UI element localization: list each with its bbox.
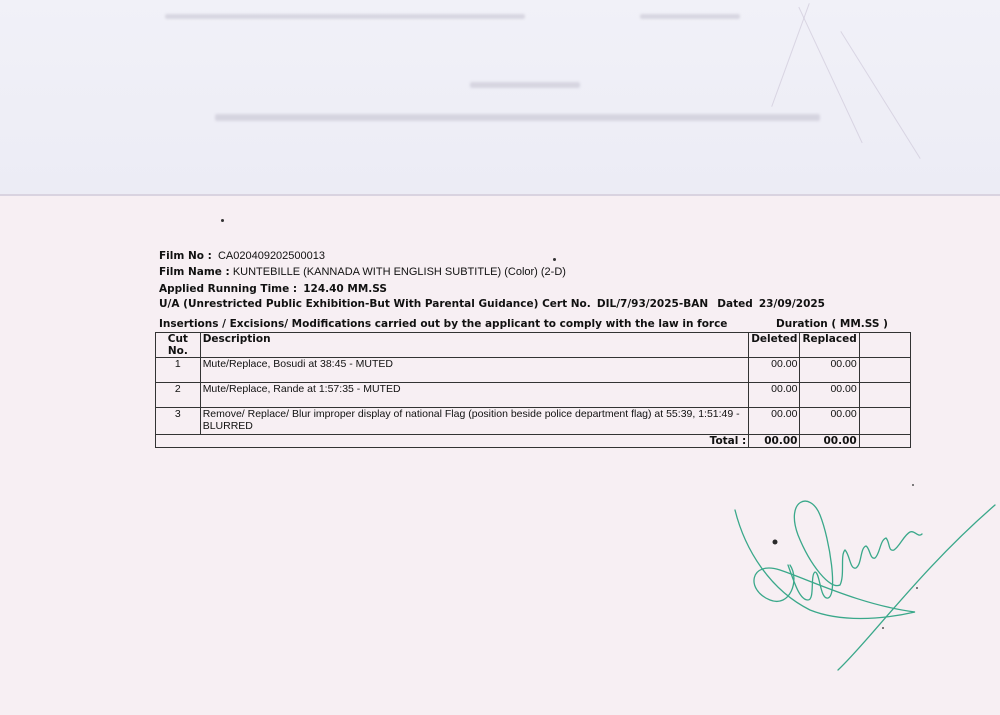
col-description: Description [200, 333, 749, 358]
cut-no: 3 [156, 408, 201, 435]
running-time-line: Applied Running Time : 124.40 MM.SS [159, 283, 387, 295]
modifications-heading: Insertions / Excisions/ Modifications ca… [159, 318, 727, 330]
total-row: Total : 00.00 00.00 [156, 435, 911, 448]
cut-description: Remove/ Replace/ Blur improper display o… [200, 408, 749, 435]
speck [553, 258, 556, 261]
speck [221, 219, 224, 222]
film-no-line: Film No : CA020409202500013 [159, 250, 325, 262]
film-name-label: Film Name : [159, 266, 230, 278]
table-row: 2 Mute/Replace, Rande at 1:57:35 - MUTED… [156, 383, 911, 408]
faded-text-line [215, 114, 820, 121]
cut-replaced: 00.00 [800, 408, 859, 435]
film-name-line: Film Name : KUNTEBILLE (KANNADA WITH ENG… [159, 266, 566, 278]
certificate-line: U/A (Unrestricted Public Exhibition-But … [159, 298, 825, 310]
table-header-row: Cut No. Description Deleted Replaced [156, 333, 911, 358]
cut-empty [859, 408, 910, 435]
signature-icon [720, 460, 1000, 700]
reverse-side-bleed-through [0, 0, 1000, 196]
total-label: Total : [156, 435, 749, 448]
col-empty [859, 333, 910, 358]
film-no-label: Film No : [159, 250, 212, 262]
cut-replaced: 00.00 [800, 358, 859, 383]
running-time-label: Applied Running Time : [159, 283, 297, 295]
cut-deleted: 00.00 [749, 358, 800, 383]
cut-replaced: 00.00 [800, 383, 859, 408]
film-name-value: KUNTEBILLE (KANNADA WITH ENGLISH SUBTITL… [233, 266, 566, 278]
dated-value: 23/09/2025 [759, 298, 825, 310]
dated-label: Dated [717, 298, 752, 310]
cut-no: 2 [156, 383, 201, 408]
faded-text-line [165, 14, 525, 19]
film-no-value: CA020409202500013 [218, 250, 325, 262]
total-empty [859, 435, 910, 448]
cut-deleted: 00.00 [749, 383, 800, 408]
cut-description: Mute/Replace, Bosudi at 38:45 - MUTED [200, 358, 749, 383]
total-replaced: 00.00 [800, 435, 859, 448]
faded-text-line [640, 14, 740, 19]
cut-description: Mute/Replace, Rande at 1:57:35 - MUTED [200, 383, 749, 408]
faded-stroke [798, 7, 862, 143]
table-row: 1 Mute/Replace, Bosudi at 38:45 - MUTED … [156, 358, 911, 383]
col-deleted: Deleted [749, 333, 800, 358]
duration-label: Duration ( MM.SS ) [776, 318, 888, 330]
total-deleted: 00.00 [749, 435, 800, 448]
cert-no-value: DIL/7/93/2025-BAN [597, 298, 708, 310]
cut-deleted: 00.00 [749, 408, 800, 435]
col-replaced: Replaced [800, 333, 859, 358]
ink-spot [773, 540, 778, 545]
certificate-text: U/A (Unrestricted Public Exhibition-But … [159, 298, 591, 310]
cut-no: 1 [156, 358, 201, 383]
col-cut-no: Cut No. [156, 333, 201, 358]
cut-empty [859, 358, 910, 383]
cuts-table: Cut No. Description Deleted Replaced 1 M… [155, 332, 911, 448]
cut-empty [859, 383, 910, 408]
faded-text-line [470, 82, 580, 88]
table-row: 3 Remove/ Replace/ Blur improper display… [156, 408, 911, 435]
running-time-value: 124.40 MM.SS [303, 283, 387, 295]
faded-stroke [840, 31, 920, 159]
